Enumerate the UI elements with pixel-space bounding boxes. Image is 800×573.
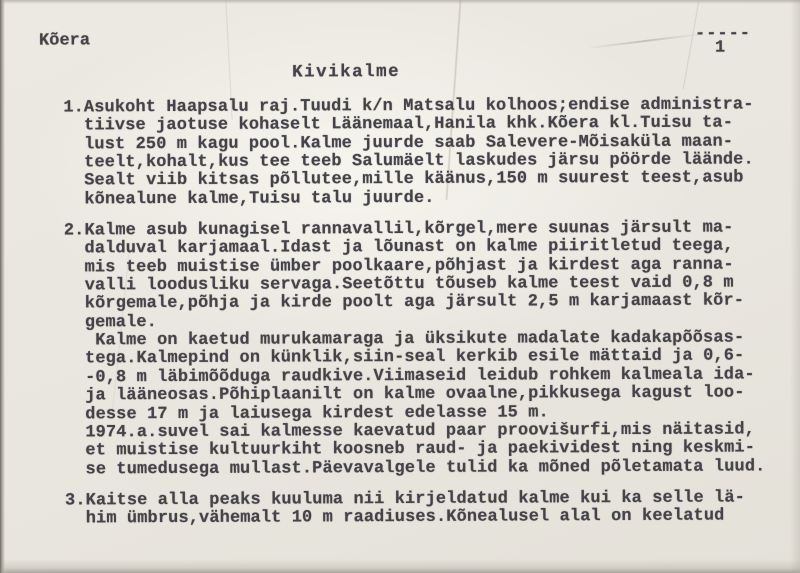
paragraph-1: 1.Asukoht Haapsalu raj.Tuudi k/n Matsalu… [63, 96, 765, 209]
text-line: kõrgemale,põhja ja kirde poolt aga järsu… [64, 293, 766, 314]
text-line: kõnealune kalme,Tuisu talu juurde. [64, 188, 766, 209]
document-title: Kivikalme [0, 61, 709, 84]
document-header: Kõera ----- 1 [39, 28, 765, 59]
document-content: Kõera ----- 1 Kivikalme 1.Asukoht Haapsa… [0, 0, 800, 529]
text-line: him ümbrus,vähemalt 10 m raadiuses.Kõnea… [65, 508, 767, 529]
text-line: se tumedusega mullast.Päevavalgele tulid… [65, 458, 767, 479]
page-number-block: ----- 1 [695, 28, 751, 56]
document-body: 1.Asukoht Haapsalu raj.Tuudi k/n Matsalu… [63, 96, 767, 529]
text-line: ja lääneosas.Põhiplaanilt on kalme ovaal… [65, 385, 767, 406]
paragraph-2: 2.Kalme asub kunagisel rannavallil,kõrge… [64, 219, 767, 479]
site-name: Kõera [39, 31, 90, 50]
scanned-document-page: Kõera ----- 1 Kivikalme 1.Asukoht Haapsa… [0, 0, 800, 573]
paragraph-3: 3.Kaitse alla peaks kuuluma nii kirjelda… [65, 489, 767, 529]
